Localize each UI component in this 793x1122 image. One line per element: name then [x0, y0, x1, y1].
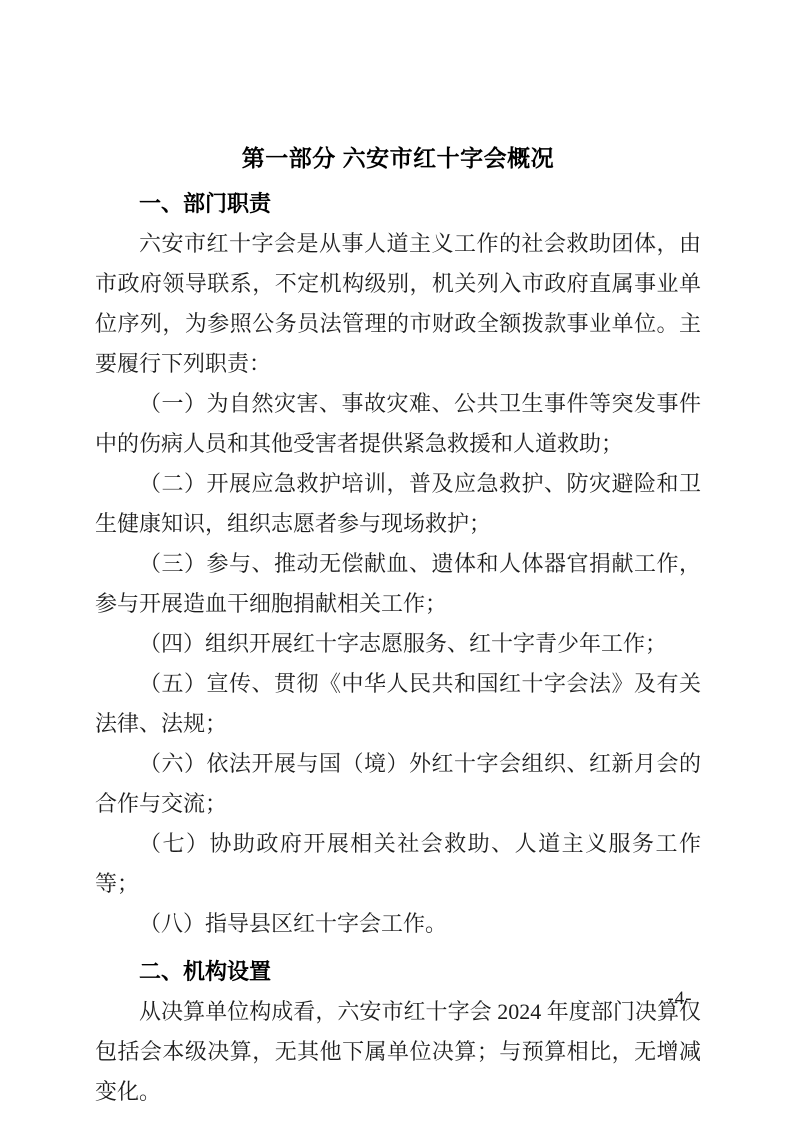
- paragraph: （七）协助政府开展相关社会救助、人道主义服务工作等；: [95, 824, 701, 904]
- paragraph: 从决算单位构成看，六安市红十字会 2024 年度部门决算仅包括会本级决算，无其他…: [95, 992, 701, 1112]
- section-organization: 二、机构设置 从决算单位构成看，六安市红十字会 2024 年度部门决算仅包括会本…: [95, 952, 701, 1112]
- page-number: -4-: [650, 988, 710, 1010]
- section-heading-duties: 一、部门职责: [95, 184, 701, 224]
- paragraph: （二）开展应急救护培训，普及应急救护、防灾避险和卫生健康知识，组织志愿者参与现场…: [95, 464, 701, 544]
- paragraph: （八）指导县区红十字会工作。: [95, 904, 701, 944]
- paragraph: 六安市红十字会是从事人道主义工作的社会救助团体，由市政府领导联系，不定机构级别，…: [95, 224, 701, 384]
- paragraph: （四）组织开展红十字志愿服务、红十字青少年工作；: [95, 624, 701, 664]
- paragraph: （三）参与、推动无偿献血、遗体和人体器官捐献工作，参与开展造血干细胞捐献相关工作…: [95, 544, 701, 624]
- paragraph: （五）宣传、贯彻《中华人民共和国红十字会法》及有关法律、法规；: [95, 664, 701, 744]
- section-heading-organization: 二、机构设置: [95, 952, 701, 992]
- paragraph: （六）依法开展与国（境）外红十字会组织、红新月会的合作与交流；: [95, 744, 701, 824]
- section-duties: 一、部门职责 六安市红十字会是从事人道主义工作的社会救助团体，由市政府领导联系，…: [95, 184, 701, 944]
- document-title: 第一部分 六安市红十字会概况: [95, 140, 701, 176]
- document-page: 第一部分 六安市红十字会概况 一、部门职责 六安市红十字会是从事人道主义工作的社…: [0, 0, 793, 1122]
- paragraph: （一）为自然灾害、事故灾难、公共卫生事件等突发事件中的伤病人员和其他受害者提供紧…: [95, 384, 701, 464]
- page-content: 第一部分 六安市红十字会概况 一、部门职责 六安市红十字会是从事人道主义工作的社…: [95, 140, 701, 1112]
